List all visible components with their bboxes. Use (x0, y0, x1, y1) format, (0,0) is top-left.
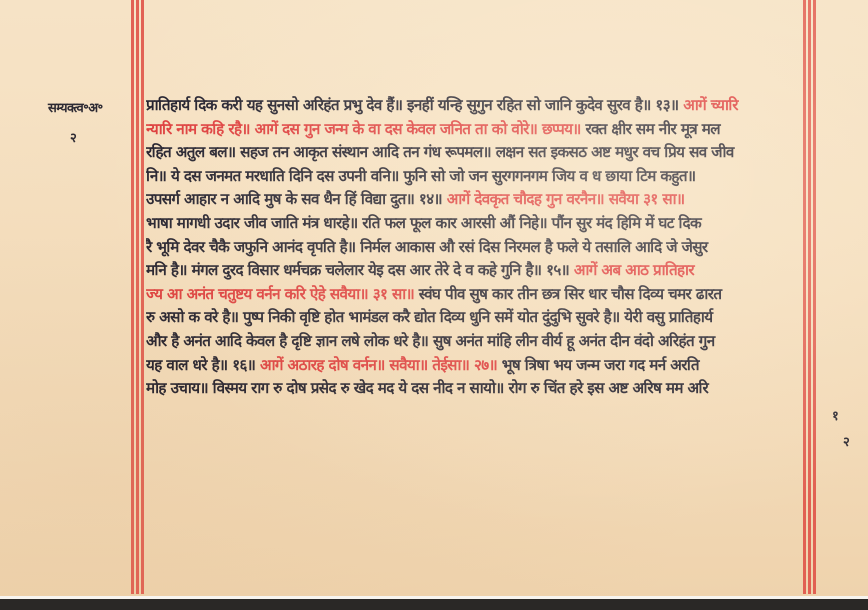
text-line: मोह उचाय॥ विस्मय राग रु दोष प्रसेद रु खे… (146, 377, 824, 401)
text-segment: उपसर्ग आहार न आदि मुष के सव धैन हिं विद्… (146, 190, 447, 208)
text-line: उपसर्ग आहार न आदि मुष के सव धैन हिं विद्… (146, 188, 824, 212)
text-line: रु असो क वरे है॥ पुष्प निकी वृष्टि होत भ… (146, 306, 824, 330)
left-margin-folio-number: २ (70, 128, 76, 146)
text-line: और है अनंत आदि केवल है दृष्टि ज्ञान लषे … (146, 330, 824, 354)
text-line: रहित अतुल बल॥ सहज तन आकृत संस्थान आदि तन… (146, 141, 824, 165)
text-segment: रक्त क्षीर सम नीर मूत्र मल (586, 120, 720, 138)
text-segment: रहित अतुल बल॥ सहज तन आकृत संस्थान आदि तन… (146, 143, 734, 161)
text-line: भाषा मागधी उदार जीव जाति मंत्र धारहे॥ रत… (146, 212, 824, 236)
text-segment: भूष त्रिषा भय जन्म जरा गद मर्न अरति (502, 356, 699, 374)
text-segment: रै भूमि देवर चैकै जफुनि आनंद वृपति है॥ न… (146, 238, 708, 256)
right-margin-number-2: २ (843, 432, 849, 450)
manuscript-folio: सम्यक्त्व॰अ॰ २ १ २ प्रातिहार्य दिक करी य… (0, 0, 868, 599)
text-segment: यह वाल धरे है॥ १६॥ (146, 356, 260, 374)
text-line: प्रातिहार्य दिक करी यह सुनसो अरिहंत प्रभ… (146, 94, 824, 118)
text-segment: और है अनंत आदि केवल है दृष्टि ज्ञान लषे … (146, 332, 715, 350)
text-line: न्यारि नाम कहि रहै॥ आगें दस गुन जन्म के … (146, 118, 824, 142)
rubric-segment: आगें देवकृत चौदह गुन वरनैन॥ सवैया ३१ सा॥ (447, 190, 685, 208)
text-line: नि॥ ये दस जनमत मरधाति दिनि दस उपनी वनि॥ … (146, 165, 824, 189)
right-margin-number-1: १ (832, 406, 838, 424)
rubric-segment: आगें च्यारि (683, 96, 738, 114)
rubric-segment: आगें अठारह दोष वर्नन॥ सवैया॥ तेईसा॥ २७॥ (260, 356, 502, 374)
text-segment: मोह उचाय॥ विस्मय राग रु दोष प्रसेद रु खे… (146, 379, 708, 397)
rubric-segment: आगें अब आठ प्रातिहार (574, 261, 694, 279)
text-line: रै भूमि देवर चैकै जफुनि आनंद वृपति है॥ न… (146, 236, 824, 260)
left-ruling-line (141, 0, 144, 594)
rubric-segment: न्यारि नाम कहि रहै॥ आगें दस गुन जन्म के … (146, 120, 586, 138)
text-segment: रु असो क वरे है॥ पुष्प निकी वृष्टि होत भ… (146, 308, 712, 326)
text-line: मनि है॥ मंगल दुरद विसार धर्मचक्र चलेलार … (146, 259, 824, 283)
text-line: ज्य आ अनंत चतुष्टय वर्नन करि ऐहे सवैया॥ … (146, 283, 824, 307)
manuscript-text-block: प्रातिहार्य दिक करी यह सुनसो अरिहंत प्रभ… (146, 94, 824, 401)
text-segment: प्रातिहार्य दिक करी यह सुनसो अरिहंत प्रभ… (146, 96, 683, 114)
text-segment: मनि है॥ मंगल दुरद विसार धर्मचक्र चलेलार … (146, 261, 574, 279)
left-ruling-line (131, 0, 134, 594)
text-line: यह वाल धरे है॥ १६॥ आगें अठारह दोष वर्नन॥… (146, 354, 824, 378)
left-margin-title: सम्यक्त्व॰अ॰ (48, 98, 103, 116)
text-segment: नि॥ ये दस जनमत मरधाति दिनि दस उपनी वनि॥ … (146, 167, 695, 185)
left-ruling-line (136, 0, 139, 594)
text-segment: भाषा मागधी उदार जीव जाति मंत्र धारहे॥ रत… (146, 214, 701, 232)
rubric-segment: ज्य आ अनंत चतुष्टय वर्नन करि ऐहे सवैया॥ … (146, 285, 419, 303)
text-segment: स्वंघ पीव सुष कार तीन छत्र सिर धार चौस द… (419, 285, 722, 303)
